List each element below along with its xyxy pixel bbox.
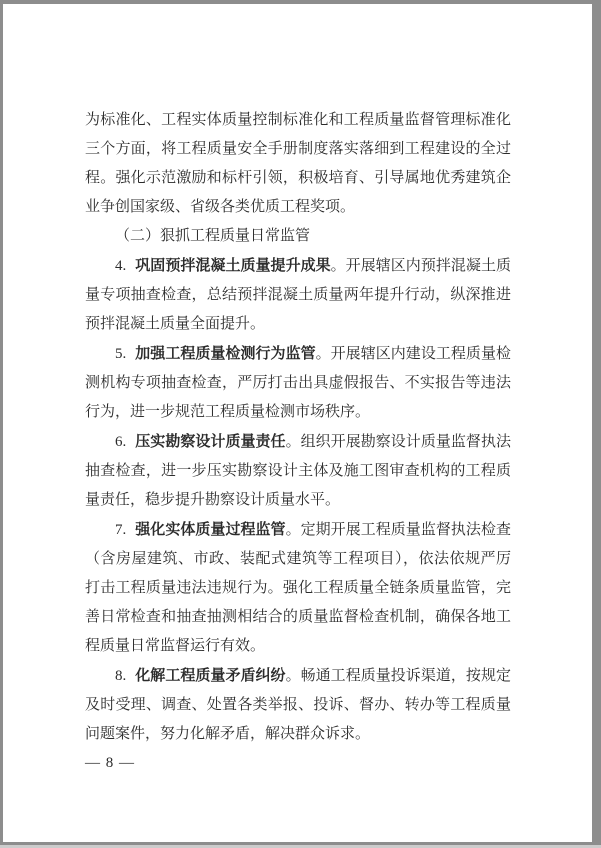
item-6-number: 6. <box>115 434 126 450</box>
item-5-title: 加强工程质量检测行为监管 <box>135 345 315 362</box>
item-8-number: 8. <box>115 668 126 684</box>
item-7-number: 7. <box>115 522 126 538</box>
item-4-number: 4. <box>115 258 126 274</box>
document-page: 为标准化、工程实体质量控制标准化和工程质量监督管理标准化三个方面，将工程质量安全… <box>3 4 592 842</box>
scan-frame: 为标准化、工程实体质量控制标准化和工程质量监督管理标准化三个方面，将工程质量安全… <box>0 0 601 848</box>
intro-paragraph: 为标准化、工程实体质量控制标准化和工程质量监督管理标准化三个方面，将工程质量安全… <box>85 106 511 222</box>
item-paragraph-4: 4.巩固预拌混凝土质量提升成果。开展辖区内预拌混凝土质量专项抽查检查，总结预拌混… <box>85 251 511 339</box>
page-number: — 8 — <box>85 752 135 774</box>
item-paragraph-5: 5.加强工程质量检测行为监管。开展辖区内建设工程质量检测机构专项抽查检查，严厉打… <box>85 339 511 427</box>
document-content: 为标准化、工程实体质量控制标准化和工程质量监督管理标准化三个方面，将工程质量安全… <box>85 106 511 749</box>
item-7-title: 强化实体质量过程监管 <box>135 521 285 538</box>
item-8-title: 化解工程质量矛盾纠纷 <box>135 667 285 684</box>
item-4-title: 巩固预拌混凝土质量提升成果 <box>135 257 330 274</box>
item-paragraph-6: 6.压实勘察设计质量责任。组织开展勘察设计质量监督执法抽查检查，进一步压实勘察设… <box>85 427 511 515</box>
section-heading: （二）狠抓工程质量日常监管 <box>85 222 511 251</box>
item-5-number: 5. <box>115 346 126 362</box>
item-6-title: 压实勘察设计质量责任 <box>135 433 285 450</box>
item-paragraph-8: 8.化解工程质量矛盾纠纷。畅通工程质量投诉渠道，按规定及时受理、调查、处置各类举… <box>85 661 511 749</box>
item-paragraph-7: 7.强化实体质量过程监管。定期开展工程质量监督执法检查（含房屋建筑、市政、装配式… <box>85 515 511 661</box>
item-7-body: 。定期开展工程质量监督执法检查（含房屋建筑、市政、装配式建筑等工程项目），依法依… <box>85 522 511 654</box>
